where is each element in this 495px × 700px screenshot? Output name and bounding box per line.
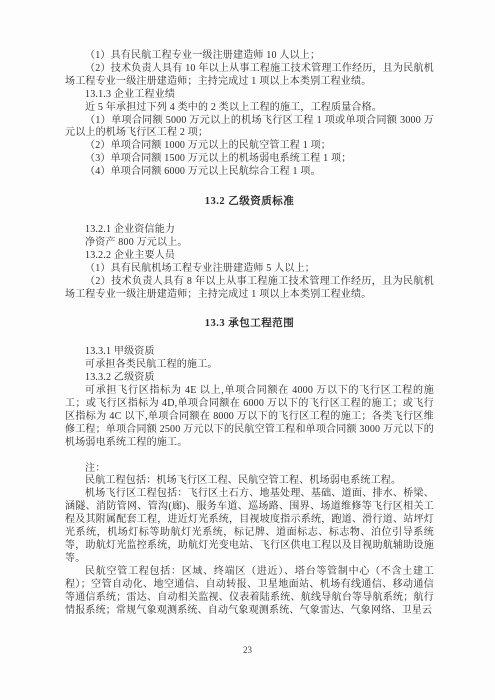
document-page: （1）具有民航工程专业一级注册建造师 10 人以上； （2）技术负责人具有 10… (0, 0, 495, 700)
list-item: （4）单项合同额 6000 万元以上民航综合工程 1 项。 (65, 166, 434, 179)
page-content: （1）具有民航工程专业一级注册建造师 10 人以上； （2）技术负责人具有 10… (65, 50, 434, 617)
section-heading: 13.3 承包工程范围 (65, 318, 434, 331)
paragraph: 可承担各类民航工程的施工。 (65, 359, 434, 372)
list-item: （3）单项合同额 1500 万元以上的机场弱电系统工程 1 项； (65, 153, 434, 166)
section-subheading: 13.3.1 甲级资质 (65, 346, 434, 359)
paragraph: 净资产 800 万元以上。 (65, 237, 434, 250)
section-subheading: 13.1.3 企业工程业绩 (65, 89, 434, 102)
section-subheading: 13.2.1 企业资信能力 (65, 224, 434, 237)
paragraph: （2）技术负责人具有 10 年以上从事工程施工技术管理工作经历，且为民航机场工程… (65, 63, 434, 89)
list-item: （2）技术负责人具有 8 年以上从事工程施工技术管理工作经历，且为民航机场工程专… (65, 276, 434, 302)
section-heading: 13.2 乙级资质标准 (65, 196, 434, 209)
list-item: （2）单项合同额 1000 万元以上的民航空管工程 1 项； (65, 140, 434, 153)
paragraph: 可承担飞行区指标为 4E 以上,单项合同额在 4000 万以下的飞行区工程的施工… (65, 385, 434, 450)
page-footer: 23 (0, 645, 495, 655)
paragraph: 民航工程包括：机场飞行区工程、民航空管工程、机场弱电系统工程。 (65, 475, 434, 488)
note-label: 注： (65, 463, 434, 476)
section-subheading: 13.2.2 企业主要人员 (65, 250, 434, 263)
paragraph: 近 5 年承担过下列 4 类中的 2 类以上工程的施工，工程质量合格。 (65, 102, 434, 115)
paragraph: （1）具有民航工程专业一级注册建造师 10 人以上； (65, 50, 434, 63)
list-item: （1）具有民航机场工程专业注册建造师 5 人以上； (65, 263, 434, 276)
paragraph: 民航空管工程包括：区域、终端区（进近）、塔台等管制中心（不含土建工程）；空管自动… (65, 566, 434, 618)
section-subheading: 13.3.2 乙级资质 (65, 372, 434, 385)
paragraph: 机场飞行区工程包括：飞行区土石方、地基处理、基础、道面、排水、桥梁、涵隧、消防管… (65, 488, 434, 565)
list-item: （1）单项合同额 5000 万元以上的机场飞行区工程 1 项或单项合同额 300… (65, 115, 434, 141)
page-number: 23 (243, 645, 252, 655)
